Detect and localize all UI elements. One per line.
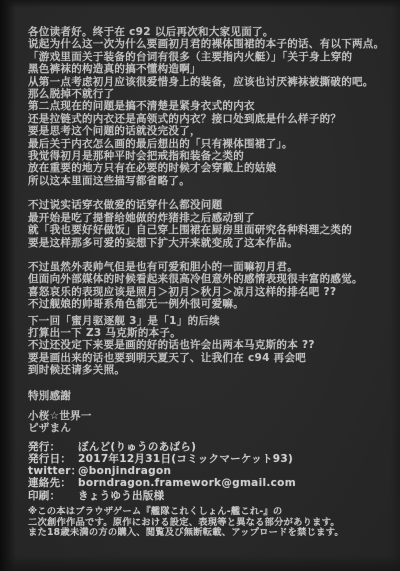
- afterword-line: 不过说实话穿衣做爱的话穿什么都没问题: [28, 199, 390, 211]
- afterword-line: 说起为什么这一次为什么要画初月君的裸体围裙的本子的话、有以下两点。: [28, 38, 390, 50]
- disclaimer-line: ※この本はブラウザゲーム『艦隊これくしょん-艦これ-』の: [28, 507, 390, 518]
- afterword-line: 不过还没定下来要是画的好的话也许会出两本马克斯的本 ??: [28, 339, 390, 351]
- special-thanks-name: ピザまん: [28, 422, 390, 434]
- afterword-line: 就「我也要好好做饭」自己穿上围裙在厨房里面研究各种料理之类的: [28, 224, 390, 236]
- afterword-line: 打算出一下 Z3 马克斯的本子。: [28, 327, 390, 339]
- afterword-line: 各位读者好。终于在 c92 以后再次和大家见面了。: [28, 26, 390, 38]
- afterword-line: 但面向外部媒体的时候看起来很高冷但意外的感情表现很丰富的感觉。: [28, 273, 390, 285]
- credit-value: borndragon.framework@gmail.com: [78, 477, 390, 489]
- credit-label: twitter：: [28, 465, 78, 477]
- credit-row-contact: 連絡先： borndragon.framework@gmail.com: [28, 477, 390, 489]
- disclaimer: ※この本はブラウザゲーム『艦隊これくしょん-艦これ-』の 二次創作作品です。原作…: [28, 507, 390, 539]
- special-thanks-heading: 特別感謝: [28, 390, 390, 402]
- credit-value: ぼんど(りゅうのあばら): [78, 441, 390, 453]
- afterword-line: 我觉得初月是那种平时会把戒指和装备之类的: [28, 150, 390, 162]
- afterword-line: 到时候还请多关照。: [28, 364, 390, 376]
- credit-row-publisher: 発行： ぼんど(りゅうのあばら): [28, 441, 390, 453]
- publication-credits: 発行： ぼんど(りゅうのあばら) 発行日： 2017年12月31日(コミックマー…: [28, 441, 390, 502]
- afterword-line: 所以这本里面这些描写都省略了。: [28, 175, 390, 187]
- afterword-line: 黑色裤袜的构造真的搞不懂构造啊」: [28, 63, 390, 75]
- afterword-line: 要是思考这个问题的话就没完没了，: [28, 125, 390, 137]
- afterword-line: 从第一点考虑初月应该很爱惜身上的装备，应该也讨厌裤袜被撕破的吧。: [28, 76, 390, 88]
- afterword-line: 下一回「蜜月驱逐舰 3」是「1」的后续: [28, 315, 390, 327]
- afterword-line: 要是画出来的话也要到明天夏天了、让我们在 c94 再会吧: [28, 352, 390, 364]
- afterword-paragraph-2: 不过说实话穿衣做爱的话穿什么都没问题 最开始是吃了提督给她做的炸猪排之后感动到了…: [28, 199, 390, 249]
- credit-row-printer: 印刷： きょうゆう出版様: [28, 490, 390, 502]
- afterword-line: 放在重要的地方只有在必要的时候才会穿戴上的姑娘: [28, 162, 390, 174]
- afterword-line: 要是这样那多可爱的妄想下扩大开来就变成了这本作品。: [28, 237, 390, 249]
- afterword-line: 不过舰娘的帅哥系角色都无一例外很可爱嘛。: [28, 298, 390, 310]
- afterword-line: 还是拉链式的内衣还是高领式的内衣？接口处到底是什么样子的？: [28, 113, 390, 125]
- afterword-line: 喜怒哀乐的表现应该是照月＞初月＞秋月＞凉月这样的排名吧 ??: [28, 286, 390, 298]
- afterword-line: 第二点现在的问题是搞不清楚是紧身衣式的内衣: [28, 100, 390, 112]
- credit-label: 印刷：: [28, 490, 78, 502]
- disclaimer-line: また18歳未満の方の購入、閲覧及び無断転載、アップロードを禁じます。: [28, 528, 390, 539]
- credit-label: 連絡先：: [28, 477, 78, 489]
- afterword-line: 那么脱掉不就行了: [28, 88, 390, 100]
- credit-value: @bonjindragon: [78, 465, 390, 477]
- afterword-line: 不过虽然外表帅气但是也有可爱和胆小的一面嘛初月君。: [28, 261, 390, 273]
- doujinshi-afterword-page: 各位读者好。终于在 c92 以后再次和大家见面了。 说起为什么这一次为什么要画初…: [0, 0, 400, 571]
- credit-value: 2017年12月31日(コミックマーケット93): [78, 453, 390, 465]
- credit-row-twitter: twitter： @bonjindragon: [28, 465, 390, 477]
- credit-value: きょうゆう出版様: [78, 490, 390, 502]
- special-thanks-names: 小桜☆世界一 ピザまん: [28, 410, 390, 435]
- afterword-content: 各位读者好。终于在 c92 以后再次和大家见面了。 说起为什么这一次为什么要画初…: [28, 26, 390, 539]
- afterword-paragraph-3: 不过虽然外表帅气但是也有可爱和胆小的一面嘛初月君。 但面向外部媒体的时候看起来很…: [28, 261, 390, 311]
- credit-label: 発行：: [28, 441, 78, 453]
- afterword-line: 最开始是吃了提督给她做的炸猪排之后感动到了: [28, 212, 390, 224]
- credit-label: 発行日：: [28, 453, 78, 465]
- credit-row-publish-date: 発行日： 2017年12月31日(コミックマーケット93): [28, 453, 390, 465]
- afterword-paragraph-4: 下一回「蜜月驱逐舰 3」是「1」的后续 打算出一下 Z3 马克斯的本子。 不过还…: [28, 315, 390, 377]
- special-thanks-name: 小桜☆世界一: [28, 410, 390, 422]
- special-thanks-section: 特別感謝: [28, 390, 390, 402]
- afterword-paragraph-1: 各位读者好。终于在 c92 以后再次和大家见面了。 说起为什么这一次为什么要画初…: [28, 26, 390, 187]
- afterword-line: 最后关于内衣怎么画的最后想出的「只有裸体围裙了」。: [28, 138, 390, 150]
- afterword-line: 「游戏里面关于装备的台词有很多（主要指内火艇）」「关于身上穿的: [28, 51, 390, 63]
